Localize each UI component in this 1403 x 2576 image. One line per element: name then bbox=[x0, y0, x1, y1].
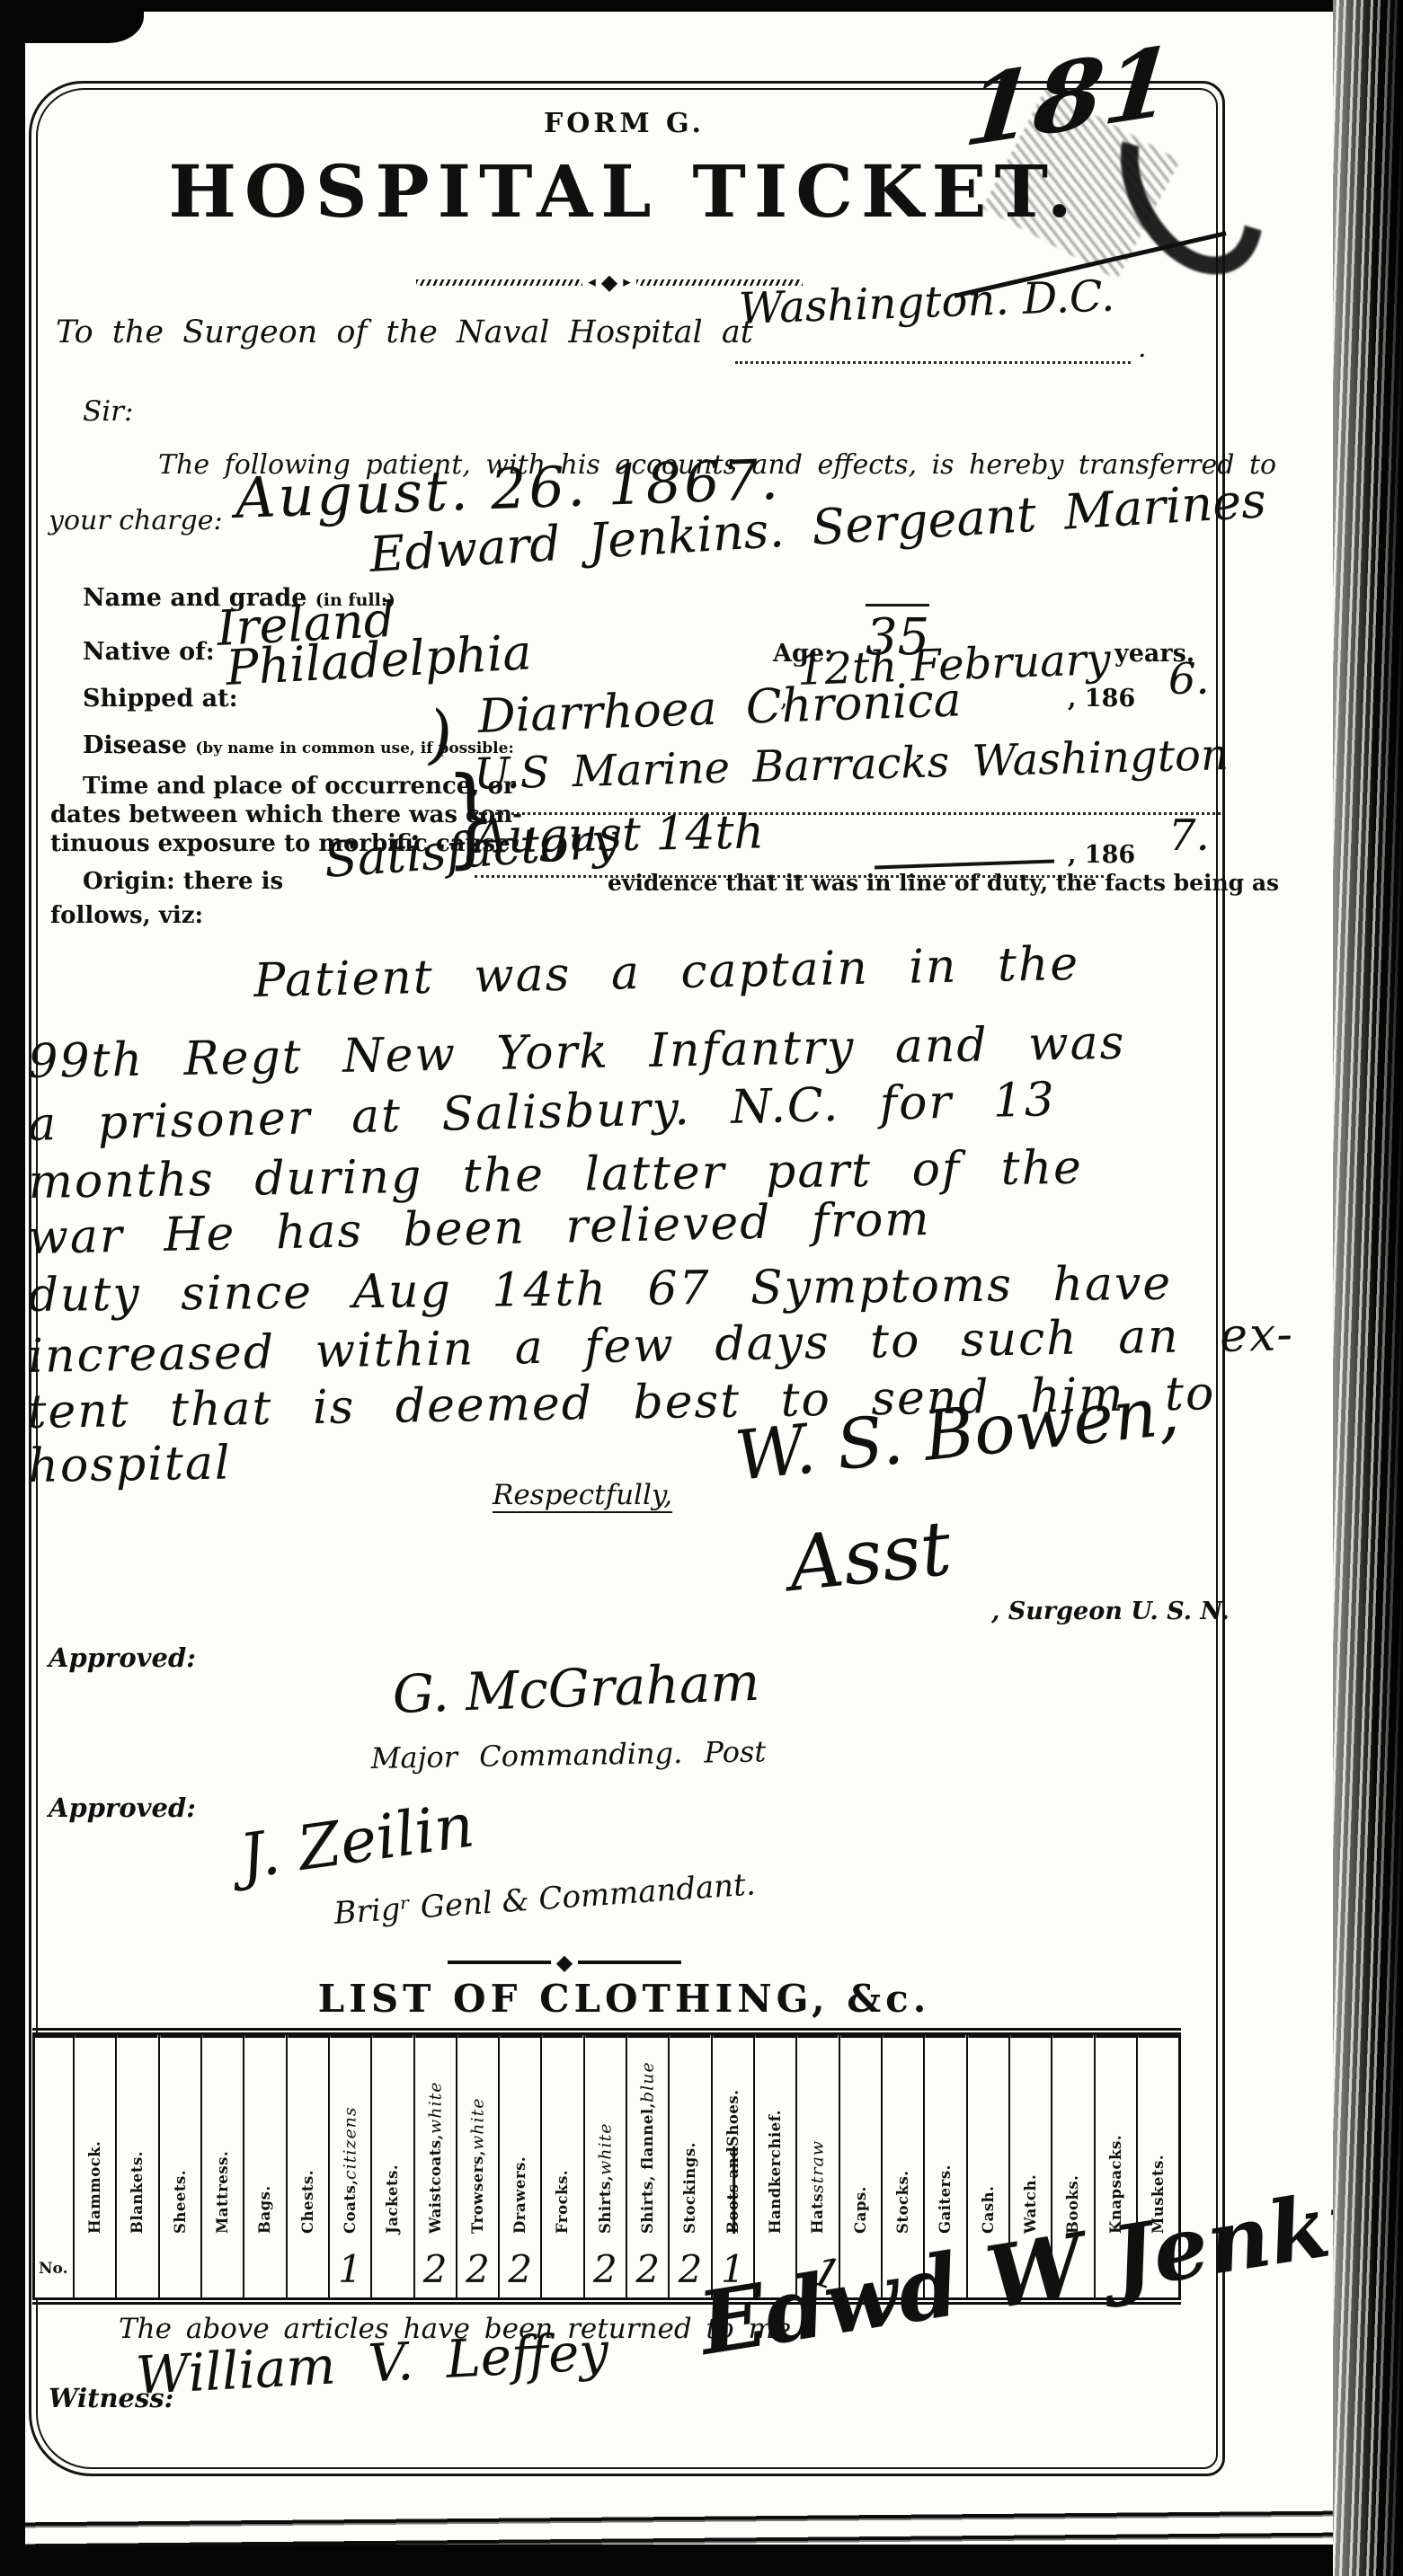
clothing-column: Waistcoats, white2 bbox=[415, 2035, 457, 2297]
clothing-column: Chests. bbox=[288, 2035, 330, 2297]
clothing-column-header: Chests. bbox=[288, 2035, 328, 2240]
clothing-column-header: Boots and Shoes. bbox=[713, 2035, 753, 2240]
clothing-column-header: Hats straw bbox=[797, 2035, 838, 2240]
clothing-column-header: Stockings. bbox=[670, 2035, 710, 2240]
clothing-count-cell: 2 bbox=[627, 2240, 668, 2297]
dotted-line bbox=[735, 359, 1131, 364]
clothing-column-header: Waistcoats, white bbox=[415, 2035, 456, 2240]
clothing-count-cell: 2 bbox=[415, 2240, 456, 2297]
clothing-item-label: Trowsers, bbox=[469, 2150, 486, 2234]
clothing-column-header: Frocks. bbox=[542, 2035, 582, 2240]
clothing-item-label: Shirts, flannel, bbox=[639, 2102, 656, 2234]
clothing-column-header: Caps. bbox=[840, 2035, 881, 2240]
clothing-item-label: Stockings. bbox=[682, 2142, 699, 2234]
clothing-column: Shirts, white2 bbox=[585, 2035, 627, 2297]
scanned-document: FORM G. HOSPITAL TICKET. 181 ◂ ◆ ▸ To th… bbox=[0, 0, 1403, 2576]
approved-label-2: Approved: bbox=[49, 1793, 196, 1823]
clothing-item-label: Sheets. bbox=[172, 2170, 189, 2234]
clothing-item-label: Caps. bbox=[852, 2186, 869, 2234]
clothing-count-cell bbox=[244, 2240, 285, 2297]
clothing-column: Sheets. bbox=[160, 2035, 202, 2297]
clothing-count-cell bbox=[202, 2240, 243, 2297]
shipped-year-entry: 6. bbox=[1168, 654, 1210, 704]
clothing-column: Mattress. bbox=[202, 2035, 244, 2297]
clothing-item-label: Hats bbox=[809, 2193, 826, 2234]
book-binding bbox=[1333, 0, 1403, 2576]
clothing-count-cell bbox=[372, 2240, 413, 2297]
occurrence-year-printed: , 186 bbox=[1068, 841, 1135, 869]
clothing-column: Hammock. bbox=[75, 2035, 117, 2297]
clothing-column: Stockings.2 bbox=[670, 2035, 712, 2297]
clothing-column-header: Mattress. bbox=[202, 2035, 243, 2240]
sir-label: Sir: bbox=[83, 395, 133, 428]
handwritten-annotation: white bbox=[595, 2123, 615, 2175]
clothing-column: Bags. bbox=[244, 2035, 287, 2297]
clothing-item-label: Mattress. bbox=[214, 2151, 231, 2234]
clothing-item-label: Waistcoats, bbox=[427, 2134, 444, 2234]
handwritten-annotation: citizens bbox=[341, 2106, 360, 2180]
shipped-year-printed: , 186 bbox=[1068, 685, 1135, 713]
clothing-column-header: Sheets. bbox=[160, 2035, 200, 2240]
clothing-count-cell: 1 bbox=[330, 2240, 370, 2297]
respectfully-label: Respectfully, bbox=[493, 1479, 672, 1513]
clothing-item-label: Shirts, bbox=[597, 2175, 614, 2234]
scan-edge-top bbox=[135, 0, 1403, 12]
clothing-column-header: Books. bbox=[1052, 2035, 1093, 2240]
clothing-column-header: Blankets. bbox=[117, 2035, 157, 2240]
clothing-item-label: Gaiters. bbox=[937, 2164, 954, 2234]
approved-label-1: Approved: bbox=[49, 1642, 196, 1673]
clothing-item-label: Coats, bbox=[342, 2180, 359, 2234]
origin-suffix-2: follows, viz: bbox=[50, 902, 203, 929]
salutation-suffix: . bbox=[1138, 332, 1147, 364]
clothing-item-label: Jackets. bbox=[384, 2164, 401, 2234]
clothing-column-header: Bags. bbox=[244, 2035, 285, 2240]
approver-signature-1: G. McGraham bbox=[392, 1651, 761, 1725]
scan-edge-corner bbox=[0, 0, 144, 43]
page-edge-shadow bbox=[25, 2503, 1333, 2556]
clothing-header-blank bbox=[35, 2035, 73, 2240]
clothing-column: Boots and Shoes.1 bbox=[713, 2035, 755, 2297]
clothing-item-label: Shoes. bbox=[724, 2089, 741, 2146]
clothing-item-label: Chests. bbox=[299, 2170, 316, 2234]
clothing-count-cell: 2 bbox=[585, 2240, 626, 2297]
clothing-column: Shirts, flannel, blue2 bbox=[627, 2035, 670, 2297]
clothing-column-header: Coats, citizens bbox=[330, 2035, 370, 2240]
clothing-column-header: Stocks. bbox=[883, 2035, 923, 2240]
clothing-column: No. bbox=[35, 2035, 75, 2297]
surgeon-rank-printed: , Surgeon U. S. N. bbox=[991, 1598, 1230, 1625]
clothing-column-header: Handkerchief. bbox=[755, 2035, 795, 2240]
handwritten-annotation: straw bbox=[808, 2140, 828, 2193]
clothing-column: Drawers.2 bbox=[500, 2035, 542, 2297]
clothing-column: Jackets. bbox=[372, 2035, 414, 2297]
native-label: Native of: bbox=[83, 638, 215, 666]
shipped-label: Shipped at: bbox=[83, 685, 238, 713]
clothing-count-cell bbox=[288, 2240, 328, 2297]
clothing-item-label: Blankets. bbox=[129, 2151, 146, 2234]
clothing-item-label: Drawers. bbox=[511, 2156, 528, 2234]
clothing-column-header: Trowsers, white bbox=[457, 2035, 498, 2240]
origin-prefix: Origin: there is bbox=[83, 868, 283, 895]
clothing-column-header: Shirts, flannel, blue bbox=[627, 2035, 668, 2240]
origin-suffix: evidence that it was in line of duty, th… bbox=[608, 870, 1279, 896]
handwritten-annotation: white bbox=[467, 2098, 487, 2150]
clothing-column: Frocks. bbox=[542, 2035, 584, 2297]
clothing-column-header: Shirts, white bbox=[585, 2035, 626, 2240]
clothing-item-label: Bags. bbox=[256, 2185, 273, 2234]
occurrence-year-entry: 7. bbox=[1168, 810, 1210, 861]
clothing-column-header: Gaiters. bbox=[925, 2035, 965, 2240]
clothing-column-header: Watch. bbox=[1010, 2035, 1051, 2240]
clothing-item-label: Frocks. bbox=[555, 2170, 572, 2234]
salutation-prefix: To the Surgeon of the Naval Hospital at bbox=[56, 314, 753, 350]
clothing-item-label: Handkerchief. bbox=[767, 2110, 784, 2234]
clothing-column-header: Cash. bbox=[968, 2035, 1008, 2240]
clothing-column: Blankets. bbox=[117, 2035, 159, 2297]
clothing-count-cell bbox=[542, 2240, 582, 2297]
charge-label: your charge: bbox=[49, 505, 223, 536]
clothing-count-cell bbox=[117, 2240, 157, 2297]
no-row-label: No. bbox=[35, 2240, 73, 2297]
clothing-count-cell bbox=[75, 2240, 115, 2297]
clothing-column-header: Drawers. bbox=[500, 2035, 540, 2240]
clothing-column: Coats, citizens1 bbox=[330, 2035, 372, 2297]
form-page: FORM G. HOSPITAL TICKET. 181 ◂ ◆ ▸ To th… bbox=[25, 9, 1333, 2545]
handwritten-annotation: blue bbox=[638, 2061, 658, 2102]
clothing-item-label: Hammock. bbox=[86, 2141, 103, 2234]
clothing-item-label: Stocks. bbox=[894, 2170, 911, 2234]
clothing-title: LIST OF CLOTHING, &c. bbox=[29, 1977, 1220, 2021]
handwritten-annotation: white bbox=[425, 2082, 445, 2134]
clothing-column: Trowsers, white2 bbox=[457, 2035, 500, 2297]
divider-ornament-small: ◆ bbox=[448, 1952, 681, 1973]
clothing-count-cell bbox=[160, 2240, 200, 2297]
surgeon-rank-hand: Asst bbox=[785, 1504, 955, 1608]
clothing-column-header: Hammock. bbox=[75, 2035, 115, 2240]
clothing-count-cell: 2 bbox=[500, 2240, 540, 2297]
clothing-column-header: Jackets. bbox=[372, 2035, 413, 2240]
approver-title-1: Major Commanding. Post bbox=[370, 1734, 766, 1775]
clothing-count-cell: 2 bbox=[457, 2240, 498, 2297]
struck-text: Boots and bbox=[724, 2147, 741, 2234]
